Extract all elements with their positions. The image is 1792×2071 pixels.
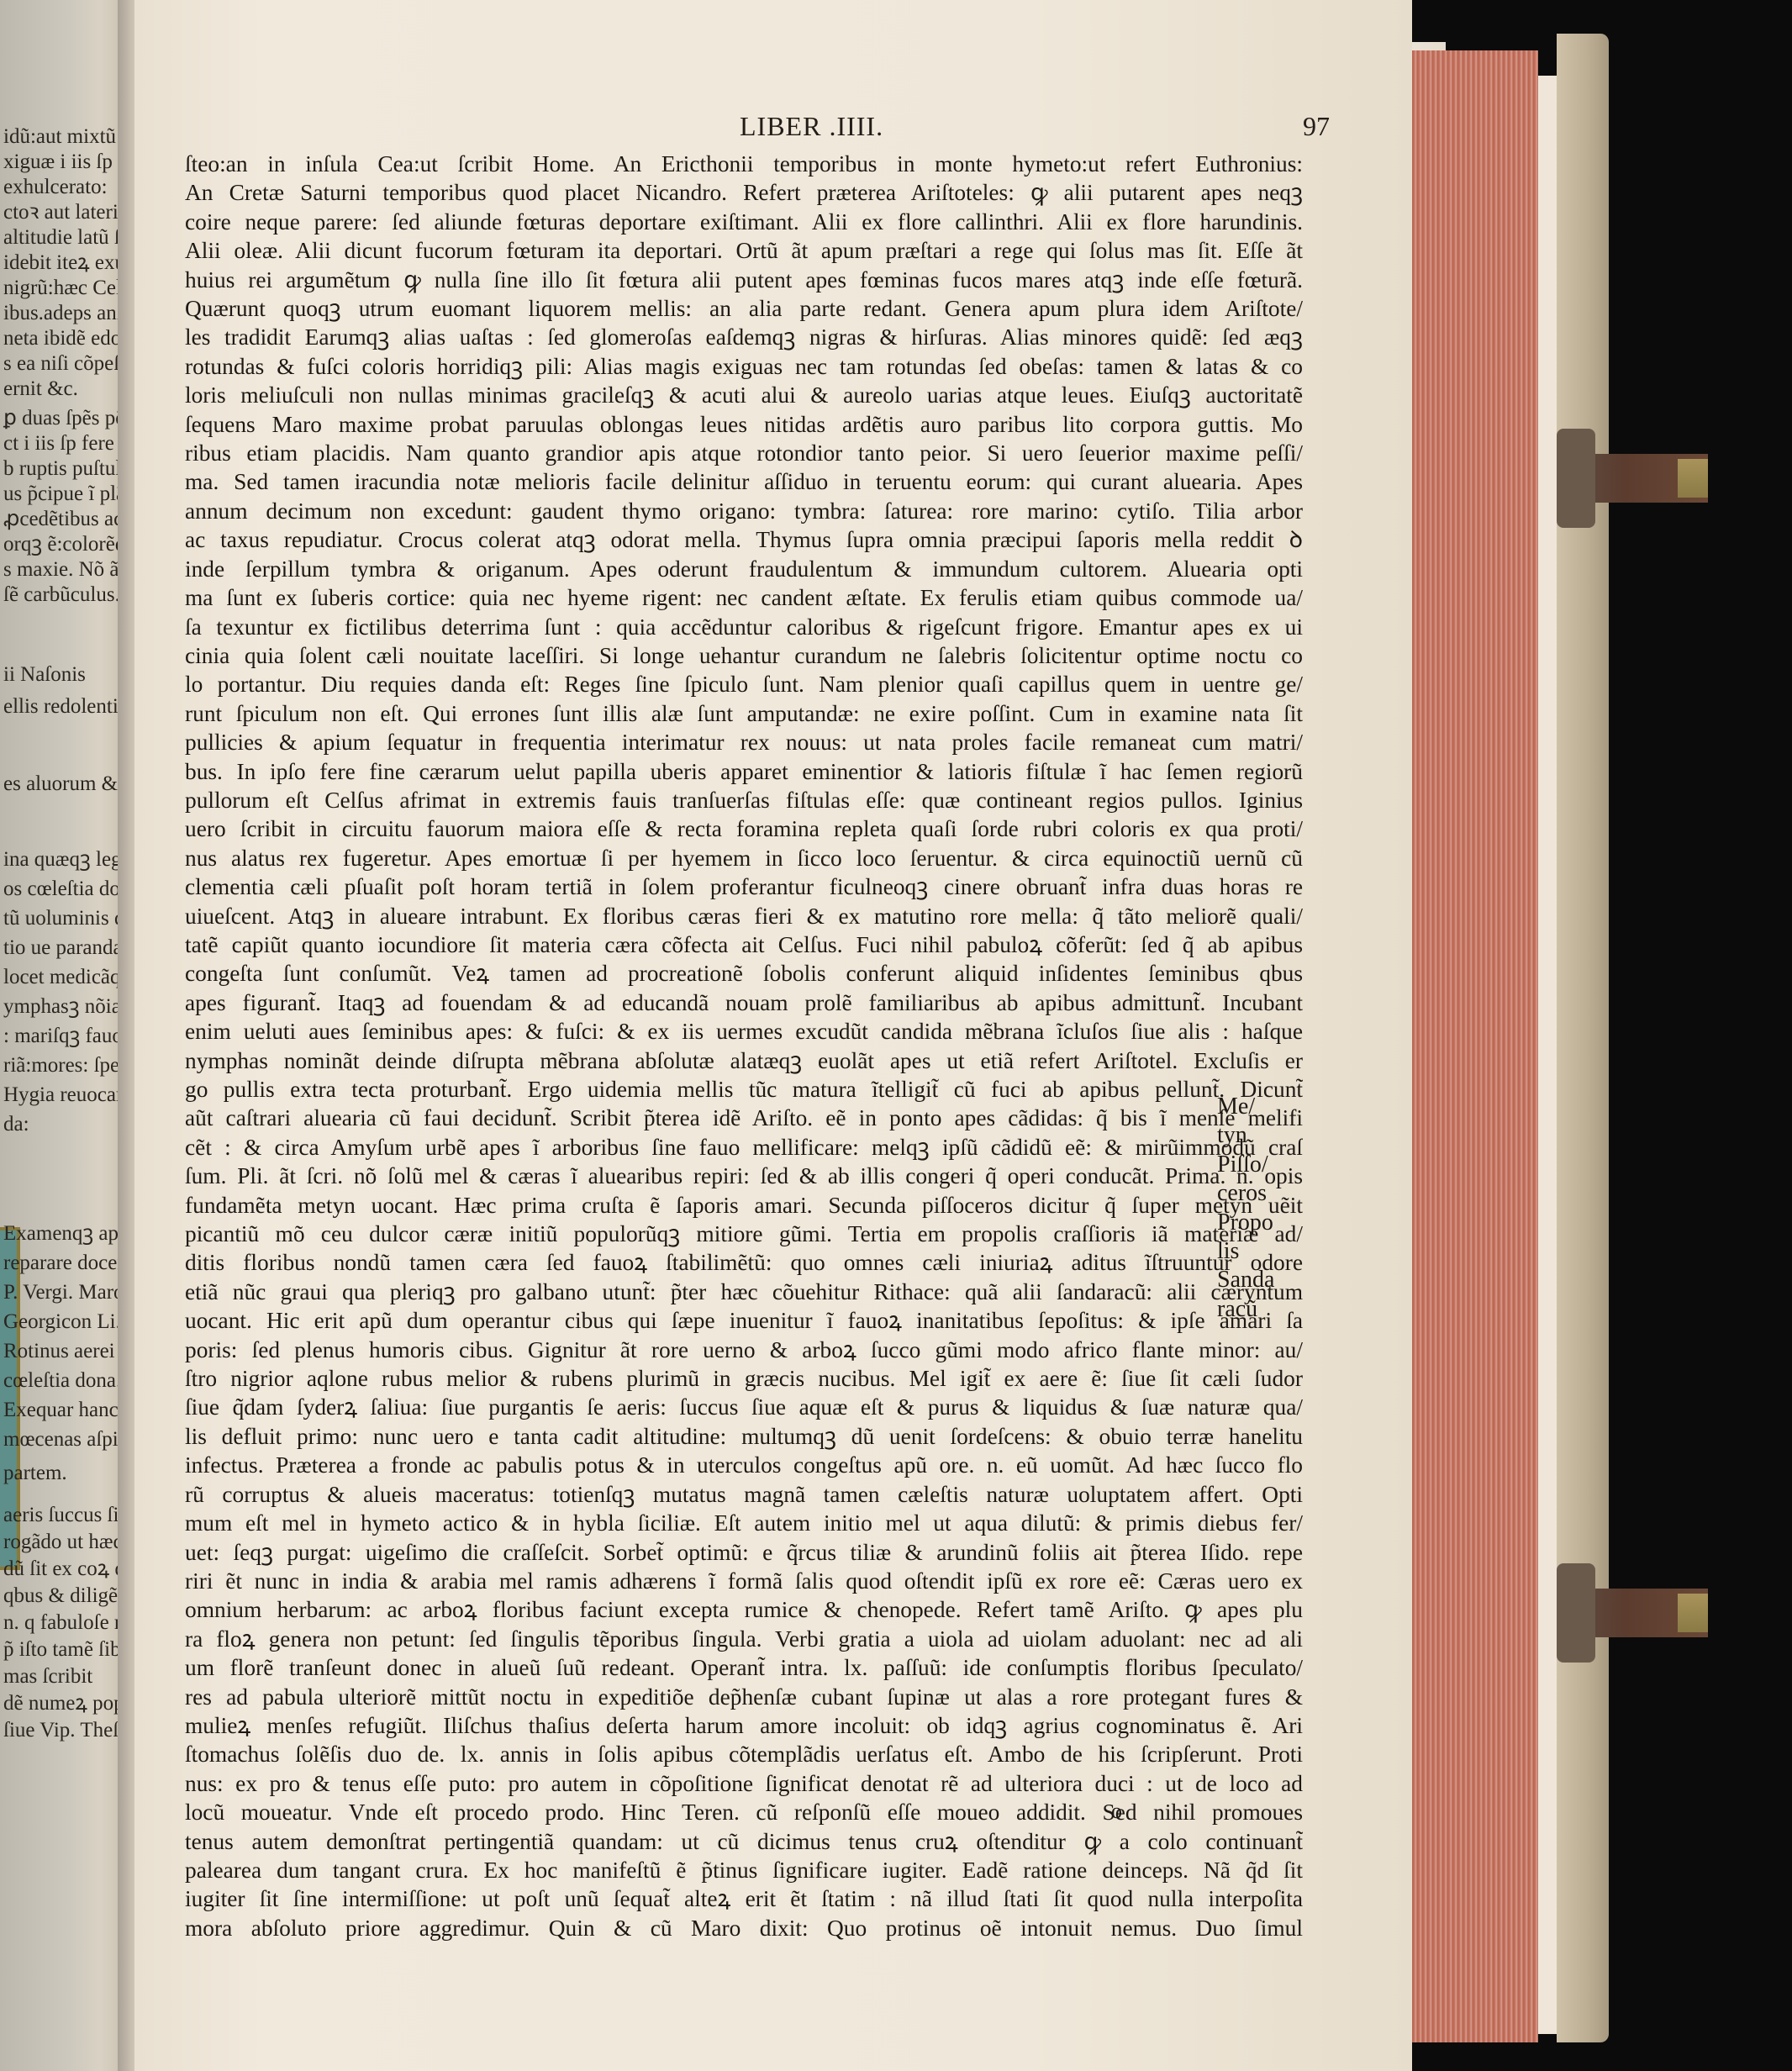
- text-line: nymphas nominãt deinde diſrupta mẽbrana …: [185, 1046, 1303, 1075]
- text-line: ma ſunt ex ſuberis cortice: quia nec hye…: [185, 583, 1303, 612]
- text-line: nus: ex pro & tenus eſſe puto: pro autem…: [185, 1769, 1303, 1798]
- text-line: pullicies & apium ſequatur in frequentia…: [185, 728, 1303, 756]
- folio-number: 97: [1303, 111, 1330, 142]
- left-page-line: Examenqꝫ apiũ: [3, 1223, 126, 1244]
- text-line: um florẽ tranſeunt donec in alueũ ſuũ re…: [185, 1653, 1303, 1682]
- left-page-line: Exequar hanc etiam: [3, 1399, 126, 1420]
- left-page-line: qbus & diligẽtiſſime ab Iginio: [3, 1585, 126, 1606]
- text-line: omnium herbarum: ac arboꝝ floribus faciu…: [185, 1595, 1303, 1624]
- margin-note: ceros: [1217, 1179, 1335, 1208]
- left-page-line: nigrũ:hæc Celſus: [3, 277, 126, 298]
- margin-note: Me/: [1217, 1093, 1335, 1121]
- text-line: rũ corruptus & alueis maceratus: totienſ…: [185, 1480, 1303, 1509]
- text-line: An Cretæ Saturni temporibus quod placet …: [185, 178, 1303, 207]
- left-page-line: ꝑ duas ſpẽs põt: [3, 408, 126, 429]
- text-line: mora abſoluto priore aggredimur. Quin & …: [185, 1914, 1303, 1942]
- text-line: les tradidit Earumqꝫ alias uaſtas : ſed …: [185, 323, 1303, 351]
- clasp-anchor: [1557, 429, 1595, 528]
- text-line: nus alatus rex fugeretur. Apes emortuæ ſ…: [185, 844, 1303, 872]
- left-page-line: idũ:aut mixtũ: [3, 126, 116, 147]
- left-page-line: Hygia reuocarat ab u: [3, 1084, 126, 1105]
- left-page-line: b ruptis puſtulis: [3, 458, 126, 479]
- left-page-line: ibus.adeps anſe: [3, 303, 126, 324]
- margin-notes: Me/tynPiſſo/cerosPropolisSandaracũ: [1217, 1093, 1335, 1324]
- left-page-line: P. Vergi. Maronis: [3, 1282, 126, 1303]
- margin-note: lis: [1217, 1237, 1335, 1266]
- left-page-line: tio ue paranda repõi: [3, 937, 126, 958]
- text-line: runt ſpiculum non eſt. Qui errones ſunt …: [185, 699, 1303, 728]
- vellum-binding: [1557, 34, 1609, 2042]
- text-line: congeſta ſunt conſumũt. Veꝝ tamen ad pro…: [185, 959, 1303, 988]
- text-line: locũ moueatur. Vnde eſt procedo prodo. H…: [185, 1798, 1303, 1826]
- left-page-line: xiguæ i iis ſp fe: [3, 151, 126, 172]
- text-line: bus. In ipſo fere fine cærarum uelut pap…: [185, 757, 1303, 786]
- margin-note: tyn: [1217, 1121, 1335, 1150]
- text-line: iugiter ſit ſine intermiſſione: ut poſt …: [185, 1884, 1303, 1913]
- text-line: huius rei argumẽtum ꝙ nulla ſine illo ſi…: [185, 266, 1303, 294]
- left-page-line: es aluorum & cæ: [3, 773, 126, 794]
- text-line: uero ſcribit in circuitu fauorum maiora …: [185, 814, 1303, 843]
- left-page-line: s maxie. Nõ ãt idẽ: [3, 559, 126, 580]
- text-line: uiueſcent. Atqꝫ in alueare intrabunt. Ex…: [185, 902, 1303, 930]
- text-line: coire neque parere: ſed aliunde fœturas …: [185, 208, 1303, 236]
- text-line: infectus. Præterea a fronde ac pabulis p…: [185, 1451, 1303, 1479]
- left-page-line: exhulcerato:: [3, 177, 108, 198]
- main-text-block: ſteo:an in inſula Cea:ut ſcribit Home. A…: [185, 150, 1303, 1942]
- text-line: ditis floribus nondũ tamen cæra ſed fauo…: [185, 1248, 1303, 1277]
- left-page-line: mas ſcribit: [3, 1666, 92, 1687]
- left-page-line: ct i iis ſp fere pu: [3, 433, 126, 454]
- right-page: LIBER .IIII. 97 ſteo:an in inſula Cea:ut…: [134, 0, 1412, 2071]
- text-line: clementia cæli pſuaſit poſt horam tertiã…: [185, 872, 1303, 901]
- left-page-line: p̃ iſto tamẽ ſibi ſuo uetuſto: [3, 1639, 126, 1660]
- board-edge: [1538, 76, 1557, 2034]
- text-line: poris: ſed plenus humoris cibus. Gignitu…: [185, 1336, 1303, 1364]
- left-page-line: us p̃cipue ĩ plãtis: [3, 483, 126, 504]
- text-line: ra floꝝ genera non petunt: ſed ſingulis …: [185, 1625, 1303, 1653]
- margin-note: racũ: [1217, 1295, 1335, 1324]
- left-page-line: ſẽ carbũculus.: [3, 584, 120, 605]
- left-page-line: dũ ſit ex coꝝ q huiuſmõi: [3, 1558, 126, 1579]
- text-line: mulieꝝ menſes refugiũt. Iliſchus thaſius…: [185, 1711, 1303, 1740]
- text-line: pullorum eſt Celſus afrimat in extremis …: [185, 786, 1303, 814]
- text-line: ma. Sed tamen iracundia notæ melioris fa…: [185, 467, 1303, 496]
- left-page-line: da:: [3, 1114, 29, 1135]
- clasp-brass-tip: [1678, 459, 1708, 498]
- text-line: riri ẽt nunc in india & arabia mel ramis…: [185, 1567, 1303, 1595]
- text-line: ribus etiam placidis. Nam quanto grandio…: [185, 439, 1303, 467]
- red-fore-edge: [1412, 50, 1538, 2042]
- clasp-brass-tip: [1678, 1594, 1708, 1632]
- text-line: lis defluit primo: nunc uero e tanta cad…: [185, 1422, 1303, 1451]
- left-page-line: altitudie latũ ſub: [3, 227, 126, 248]
- left-page: idũ:aut mixtũxiguæ i iis ſp feexhulcerat…: [0, 0, 126, 2071]
- left-page-line: ii Naſonis: [3, 664, 86, 685]
- left-page-line: ellis redolentia: [3, 696, 126, 717]
- margin-note: Piſſo/: [1217, 1151, 1335, 1179]
- text-line: apes figurant̃. Itaqꝫ ad fouendam & ad e…: [185, 988, 1303, 1017]
- text-line: aũt caſtrari aluearia cũ faui decidunt̃.…: [185, 1104, 1303, 1132]
- left-page-line: aeris ſuccus ſiue aq ẽ & purus: [3, 1505, 126, 1526]
- text-line: uocant. Hic erit apũ dum operantur cibus…: [185, 1306, 1303, 1335]
- text-line: enim ueluti aues ſeminibus apes: & fuſci…: [185, 1017, 1303, 1046]
- text-line: Alii oleæ. Alii dicunt fucorum fœturam i…: [185, 236, 1303, 265]
- lower-clasp: [1557, 1589, 1708, 1637]
- left-page-line: : mariſqꝫ fauorem.: [3, 1025, 126, 1046]
- text-line: annum decimum non excedunt: gaudent thym…: [185, 497, 1303, 525]
- left-page-line: Rotinus aerei mell: [3, 1341, 126, 1362]
- left-page-line: ꝓcedẽtibus ac ſæ: [3, 509, 126, 530]
- text-line: etiã nũc graui qua pleriqꝫ pro galbano u…: [185, 1278, 1303, 1306]
- left-page-line: rogãdo ut hæc quoqꝫ aſpiciat: [3, 1531, 126, 1552]
- left-page-line: locet medicãqꝫ ſalutẽ: [3, 967, 126, 988]
- text-line: ſum. Pli. ãt ſcri. nõ ſolũ mel & cæras ĩ…: [185, 1162, 1303, 1190]
- upper-clasp: [1557, 454, 1708, 503]
- margin-note: Propo: [1217, 1209, 1335, 1237]
- signature-mark: o: [1111, 1799, 1122, 1824]
- left-page-line: orqꝫ ẽ:colorẽqꝫ ha: [3, 534, 126, 555]
- left-page-line: cœleſtia dona.: [3, 1370, 121, 1391]
- left-page-line: mœcenas aſpice: [3, 1429, 126, 1450]
- text-line: res ad pabula ulteriorẽ mittũt noctu in …: [185, 1683, 1303, 1711]
- left-page-line: dẽ numeꝝ populi: [3, 1693, 126, 1714]
- left-page-line: idebit iteꝝ exul: [3, 252, 126, 273]
- text-line: ſiue q̃dam ſyderꝝ ſaliua: ſiue purgantis…: [185, 1393, 1303, 1421]
- running-head: LIBER .IIII.: [740, 111, 883, 142]
- text-line: inde ſerpillum tymbra & origanum. Apes o…: [185, 555, 1303, 583]
- left-page-line: n. q fabuloſe magiſq uere: [3, 1612, 126, 1633]
- left-page-line: tũ uoluminis quart: [3, 908, 126, 929]
- text-line: cẽt : & circa Amyſum urbẽ apes ĩ arborib…: [185, 1133, 1303, 1162]
- left-page-line: s ea niſi cõpeſcit: [3, 353, 126, 374]
- text-line: ac taxus repudiatur. Crocus colerat atqꝫ…: [185, 525, 1303, 554]
- text-line: tatẽ capiũt quanto iocundiore ſit materi…: [185, 930, 1303, 959]
- left-page-line: ernit &c.: [3, 378, 78, 399]
- text-line: lo portantur. Diu requies danda eſt: Reg…: [185, 670, 1303, 698]
- text-line: ſtro nigrior aqlone rubus melior & ruben…: [185, 1364, 1303, 1393]
- left-page-line: ymphasꝫ nõia multa:: [3, 996, 126, 1017]
- left-page-line: neta ibidẽ edocu: [3, 328, 126, 349]
- text-line: mum eſt mel in hymeto actico & in hybla …: [185, 1509, 1303, 1537]
- text-line: rotundas & fuſci coloris horridiqꝫ pili:…: [185, 352, 1303, 381]
- text-line: ſequens Maro maxime probat paruulas oblo…: [185, 410, 1303, 439]
- margin-note: Sanda: [1217, 1266, 1335, 1294]
- left-page-line: reparare docem: [3, 1252, 126, 1273]
- left-page-line: riã:mores: ſpecieſqꝫ: [3, 1055, 126, 1076]
- left-page-line: ctoꝛ aut lateribus: [3, 202, 126, 223]
- left-page-line: ina quæqꝫ legũda: [3, 849, 126, 870]
- text-line: ſa texuntur ex fictilibus deterrima ſunt…: [185, 613, 1303, 641]
- text-line: ſteo:an in inſula Cea:ut ſcribit Home. A…: [185, 150, 1303, 178]
- text-line: Quærunt quoqꝫ utrum euomant liquorem mel…: [185, 294, 1303, 323]
- text-line: fundamẽta metyn uocant. Hæc prima cruſta…: [185, 1191, 1303, 1220]
- left-page-line: ſiue Vip. Theſſalus: [3, 1720, 126, 1741]
- text-line: uet: ſeqꝫ purgat: uigeſimo die craſſeſci…: [185, 1538, 1303, 1567]
- clasp-anchor: [1557, 1563, 1595, 1663]
- text-line: picantiũ mõ ceu dulcor cæræ initiũ popul…: [185, 1220, 1303, 1248]
- text-line: palearea dum tangant crura. Ex hoc manif…: [185, 1856, 1303, 1884]
- text-line: ſtomachus ſolẽſis duo de. lx. annis in ſ…: [185, 1740, 1303, 1768]
- text-line: go pullis extra tecta proturbant̃. Ergo …: [185, 1075, 1303, 1104]
- text-line: loris meliuſculi non nullas minimas grac…: [185, 381, 1303, 409]
- left-page-line: Georgicon Li. IIII.: [3, 1311, 126, 1332]
- text-line: tenus autem demonſtrat pertingentiã quan…: [185, 1827, 1303, 1856]
- left-page-line: partem.: [3, 1462, 67, 1483]
- left-page-line: os cœleſtia dona:: [3, 878, 126, 899]
- text-line: cinia quia ſolent cæli nouitate laceſſir…: [185, 641, 1303, 670]
